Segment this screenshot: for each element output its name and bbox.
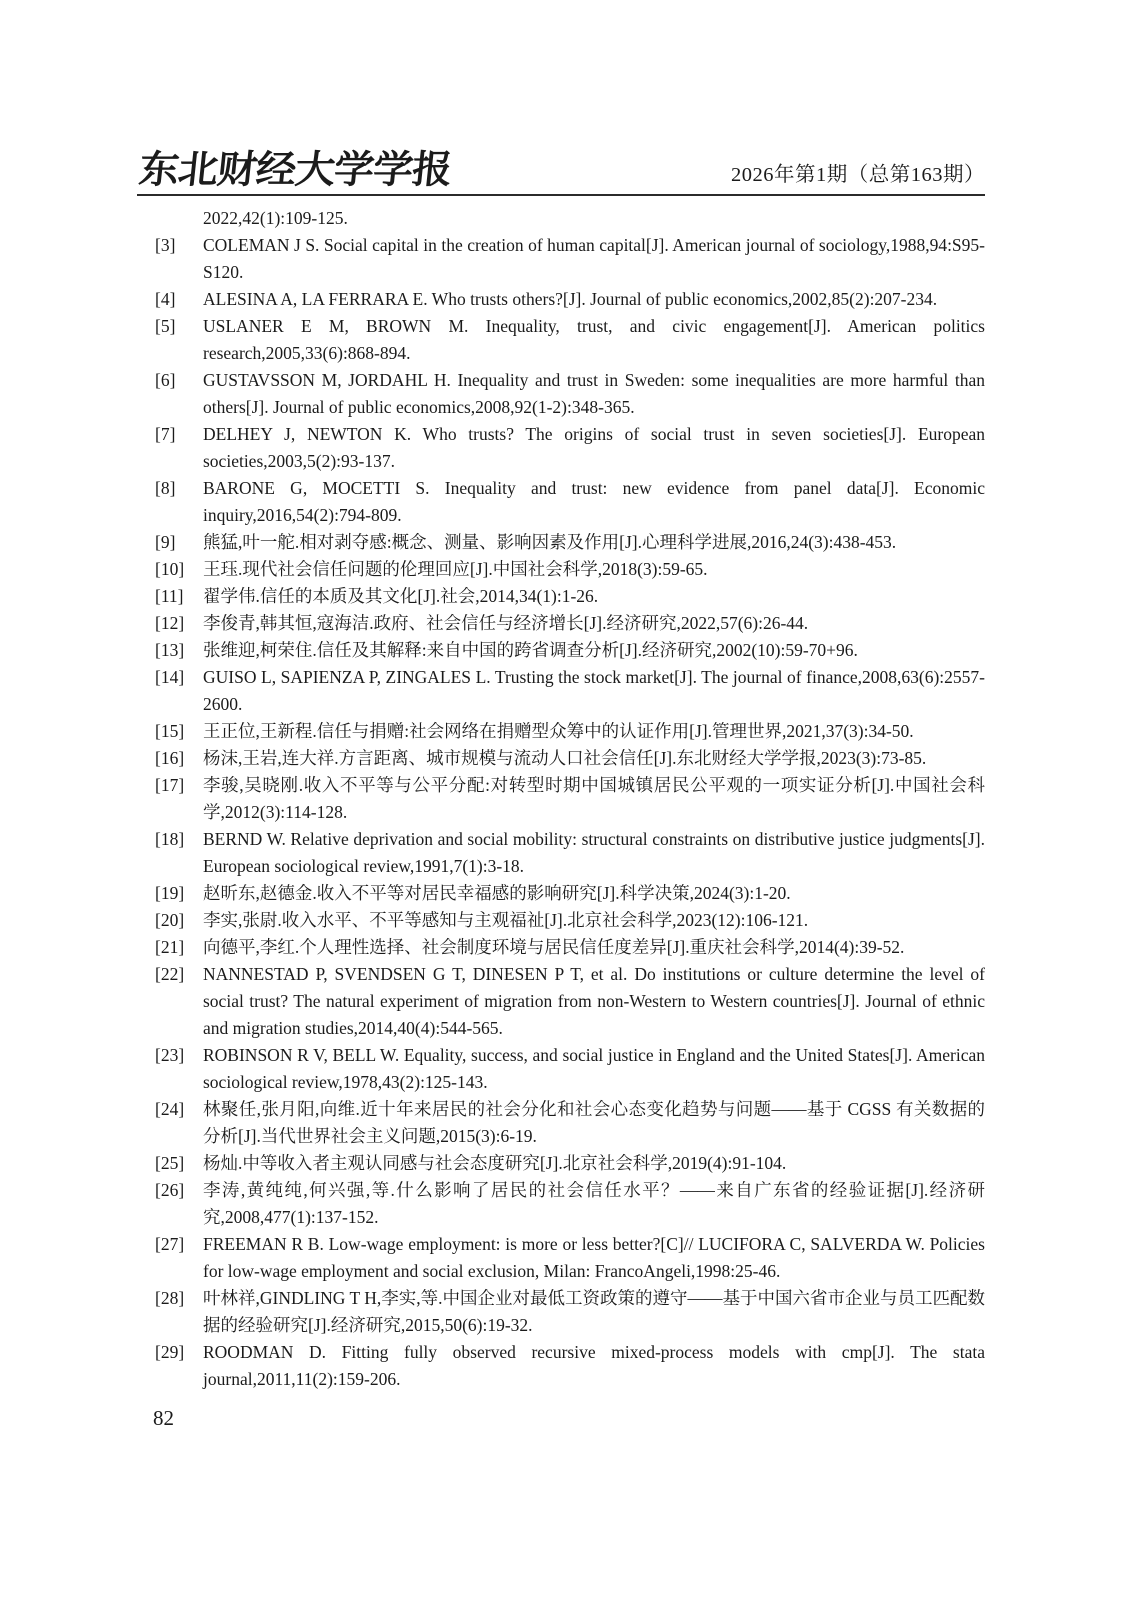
reference-number: [4]	[155, 286, 203, 313]
page-number: 82	[153, 1406, 174, 1431]
reference-item: [3] COLEMAN J S. Social capital in the c…	[155, 232, 985, 286]
page-header: 东北财经大学学报 2026年第1期（总第163期）	[137, 140, 985, 196]
reference-number: [9]	[155, 529, 203, 556]
reference-text: GUSTAVSSON M, JORDAHL H. Inequality and …	[203, 367, 985, 421]
reference-item: [8] BARONE G, MOCETTI S. Inequality and …	[155, 475, 985, 529]
reference-text: 李涛,黄纯纯,何兴强,等.什么影响了居民的社会信任水平？——来自广东省的经验证据…	[203, 1177, 985, 1231]
reference-item: [12] 李俊青,韩其恒,寇海洁.政府、社会信任与经济增长[J].经济研究,20…	[155, 610, 985, 637]
reference-text: 李实,张尉.收入水平、不平等感知与主观福祉[J].北京社会科学,2023(12)…	[203, 907, 985, 934]
reference-number: [28]	[155, 1285, 203, 1339]
reference-item: 2022,42(1):109-125.	[155, 205, 985, 232]
reference-number: [25]	[155, 1150, 203, 1177]
reference-number: [19]	[155, 880, 203, 907]
reference-number: [14]	[155, 664, 203, 718]
reference-number: [15]	[155, 718, 203, 745]
reference-item: [10] 王珏.现代社会信任问题的伦理回应[J].中国社会科学,2018(3):…	[155, 556, 985, 583]
reference-item: [15] 王正位,王新程.信任与捐赠:社会网络在捐赠型众筹中的认证作用[J].管…	[155, 718, 985, 745]
reference-text: ROODMAN D. Fitting fully observed recurs…	[203, 1339, 985, 1393]
reference-number: [20]	[155, 907, 203, 934]
reference-item: [5] USLANER E M, BROWN M. Inequality, tr…	[155, 313, 985, 367]
reference-number: [5]	[155, 313, 203, 367]
reference-item: [6] GUSTAVSSON M, JORDAHL H. Inequality …	[155, 367, 985, 421]
reference-item: [20] 李实,张尉.收入水平、不平等感知与主观福祉[J].北京社会科学,202…	[155, 907, 985, 934]
reference-text: BARONE G, MOCETTI S. Inequality and trus…	[203, 475, 985, 529]
reference-text: ALESINA A, LA FERRARA E. Who trusts othe…	[203, 286, 985, 313]
reference-text: ROBINSON R V, BELL W. Equality, success,…	[203, 1042, 985, 1096]
reference-item: [28] 叶林祥,GINDLING T H,李实,等.中国企业对最低工资政策的遵…	[155, 1285, 985, 1339]
reference-text: 熊猛,叶一舵.相对剥夺感:概念、测量、影响因素及作用[J].心理科学进展,201…	[203, 529, 985, 556]
reference-item: [13] 张维迎,柯荣住.信任及其解释:来自中国的跨省调查分析[J].经济研究,…	[155, 637, 985, 664]
reference-number: [22]	[155, 961, 203, 1042]
reference-item: [24] 林聚任,张月阳,向维.近十年来居民的社会分化和社会心态变化趋势与问题—…	[155, 1096, 985, 1150]
reference-text: 王珏.现代社会信任问题的伦理回应[J].中国社会科学,2018(3):59-65…	[203, 556, 985, 583]
journal-logo: 东北财经大学学报	[137, 151, 453, 191]
reference-number: [21]	[155, 934, 203, 961]
reference-item: [11] 翟学伟.信任的本质及其文化[J].社会,2014,34(1):1-26…	[155, 583, 985, 610]
reference-text: DELHEY J, NEWTON K. Who trusts? The orig…	[203, 421, 985, 475]
reference-item: [14] GUISO L, SAPIENZA P, ZINGALES L. Tr…	[155, 664, 985, 718]
reference-item: [26] 李涛,黄纯纯,何兴强,等.什么影响了居民的社会信任水平？——来自广东省…	[155, 1177, 985, 1231]
reference-text: 赵昕东,赵德金.收入不平等对居民幸福感的影响研究[J].科学决策,2024(3)…	[203, 880, 985, 907]
reference-item: [17] 李骏,吴晓刚.收入不平等与公平分配:对转型时期中国城镇居民公平观的一项…	[155, 772, 985, 826]
reference-item: [23] ROBINSON R V, BELL W. Equality, suc…	[155, 1042, 985, 1096]
reference-number: [10]	[155, 556, 203, 583]
reference-text: NANNESTAD P, SVENDSEN G T, DINESEN P T, …	[203, 961, 985, 1042]
reference-text: 王正位,王新程.信任与捐赠:社会网络在捐赠型众筹中的认证作用[J].管理世界,2…	[203, 718, 985, 745]
reference-number: [29]	[155, 1339, 203, 1393]
reference-number: [17]	[155, 772, 203, 826]
journal-page: 东北财经大学学报 2026年第1期（总第163期） 2022,42(1):109…	[0, 0, 1140, 1600]
reference-number: [26]	[155, 1177, 203, 1231]
reference-number: [13]	[155, 637, 203, 664]
reference-item: [27] FREEMAN R B. Low-wage employment: i…	[155, 1231, 985, 1285]
reference-text: 杨灿.中等收入者主观认同感与社会态度研究[J].北京社会科学,2019(4):9…	[203, 1150, 985, 1177]
issue-info: 2026年第1期（总第163期）	[731, 165, 985, 192]
reference-text: BERND W. Relative deprivation and social…	[203, 826, 985, 880]
reference-text: 杨沫,王岩,连大祥.方言距离、城市规模与流动人口社会信任[J].东北财经大学学报…	[203, 745, 985, 772]
reference-number: [18]	[155, 826, 203, 880]
references-list: 2022,42(1):109-125. [3] COLEMAN J S. Soc…	[155, 205, 985, 1393]
reference-number: [16]	[155, 745, 203, 772]
reference-text: 林聚任,张月阳,向维.近十年来居民的社会分化和社会心态变化趋势与问题——基于 C…	[203, 1096, 985, 1150]
reference-text: 张维迎,柯荣住.信任及其解释:来自中国的跨省调查分析[J].经济研究,2002(…	[203, 637, 985, 664]
reference-text: 叶林祥,GINDLING T H,李实,等.中国企业对最低工资政策的遵守——基于…	[203, 1285, 985, 1339]
reference-item: [18] BERND W. Relative deprivation and s…	[155, 826, 985, 880]
reference-item: [19] 赵昕东,赵德金.收入不平等对居民幸福感的影响研究[J].科学决策,20…	[155, 880, 985, 907]
reference-number: [27]	[155, 1231, 203, 1285]
reference-item: [16] 杨沫,王岩,连大祥.方言距离、城市规模与流动人口社会信任[J].东北财…	[155, 745, 985, 772]
reference-text: 翟学伟.信任的本质及其文化[J].社会,2014,34(1):1-26.	[203, 583, 985, 610]
reference-item: [22] NANNESTAD P, SVENDSEN G T, DINESEN …	[155, 961, 985, 1042]
reference-item: [9] 熊猛,叶一舵.相对剥夺感:概念、测量、影响因素及作用[J].心理科学进展…	[155, 529, 985, 556]
reference-item: [21] 向德平,李红.个人理性选择、社会制度环境与居民信任度差异[J].重庆社…	[155, 934, 985, 961]
reference-number: [24]	[155, 1096, 203, 1150]
reference-item: [29] ROODMAN D. Fitting fully observed r…	[155, 1339, 985, 1393]
reference-item: [7] DELHEY J, NEWTON K. Who trusts? The …	[155, 421, 985, 475]
reference-item: [4] ALESINA A, LA FERRARA E. Who trusts …	[155, 286, 985, 313]
reference-text: GUISO L, SAPIENZA P, ZINGALES L. Trustin…	[203, 664, 985, 718]
reference-text: USLANER E M, BROWN M. Inequality, trust,…	[203, 313, 985, 367]
reference-text: FREEMAN R B. Low-wage employment: is mor…	[203, 1231, 985, 1285]
reference-text: 2022,42(1):109-125.	[203, 205, 985, 232]
reference-number: [12]	[155, 610, 203, 637]
reference-text: 李骏,吴晓刚.收入不平等与公平分配:对转型时期中国城镇居民公平观的一项实证分析[…	[203, 772, 985, 826]
reference-number: [6]	[155, 367, 203, 421]
reference-number: [23]	[155, 1042, 203, 1096]
reference-number: [7]	[155, 421, 203, 475]
reference-text: 李俊青,韩其恒,寇海洁.政府、社会信任与经济增长[J].经济研究,2022,57…	[203, 610, 985, 637]
reference-number	[155, 205, 203, 232]
reference-text: COLEMAN J S. Social capital in the creat…	[203, 232, 985, 286]
reference-number: [11]	[155, 583, 203, 610]
reference-item: [25] 杨灿.中等收入者主观认同感与社会态度研究[J].北京社会科学,2019…	[155, 1150, 985, 1177]
reference-number: [3]	[155, 232, 203, 286]
reference-text: 向德平,李红.个人理性选择、社会制度环境与居民信任度差异[J].重庆社会科学,2…	[203, 934, 985, 961]
reference-number: [8]	[155, 475, 203, 529]
